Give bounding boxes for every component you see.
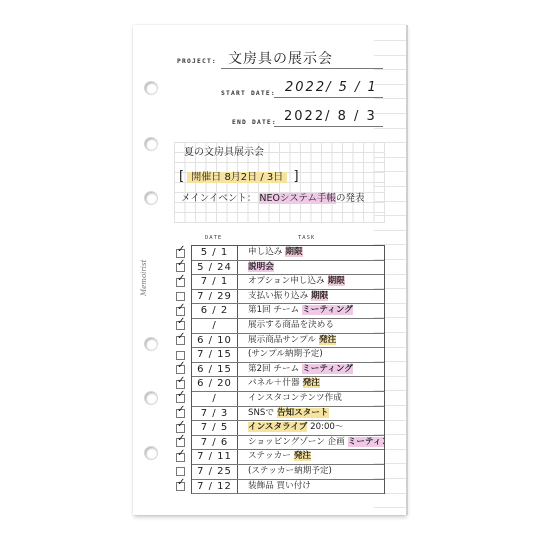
task-text[interactable]: (サンプル納期予定): [238, 348, 384, 362]
task-tag-highlight: 発注: [294, 451, 311, 461]
task-label: (サンプル納期予定): [248, 349, 323, 359]
ruled-line: [374, 84, 406, 85]
task-row: ✓7 / 6ショッピングゾーン 企画ミーティング: [192, 436, 384, 451]
task-date[interactable]: 7 / 3: [192, 407, 238, 421]
task-checkbox[interactable]: ✓: [176, 307, 185, 316]
main-event-line: メインイベント： NEOシステム手帳の発表: [181, 190, 365, 204]
task-checkbox[interactable]: ✓: [176, 278, 185, 287]
task-checkbox[interactable]: ✓: [176, 482, 185, 491]
next-page-edge: [406, 25, 408, 515]
task-row: ✓6 / 15第2回 チームミーティング: [192, 363, 384, 378]
check-icon: ✓: [177, 478, 185, 488]
task-date[interactable]: 7 / 29: [192, 290, 238, 304]
check-icon: ✓: [177, 434, 185, 444]
task-column-header: TASK: [298, 235, 315, 241]
task-text[interactable]: パネル＋什器発注: [238, 377, 384, 391]
project-value[interactable]: 文房具の展示会: [228, 48, 333, 68]
task-tag-highlight: 期限: [285, 247, 302, 257]
task-tag-highlight: 期限: [311, 291, 328, 301]
task-date[interactable]: 6 / 20: [192, 377, 238, 391]
task-label: パネル＋什器: [248, 378, 300, 388]
task-label: 申し込み: [248, 247, 282, 257]
task-date[interactable]: 7 / 11: [192, 450, 238, 464]
bracket-close: ]: [293, 169, 298, 184]
task-date[interactable]: 7 / 1: [192, 275, 238, 289]
task-row: ✓6 / 2第1回 チームミーティング: [192, 304, 384, 319]
ruled-line: [374, 230, 406, 231]
binder-hole: [144, 391, 158, 405]
task-checkbox[interactable]: ✓: [176, 409, 185, 418]
task-date[interactable]: 7 / 5: [192, 421, 238, 435]
end-date-underline: [274, 126, 383, 127]
binder-hole: [144, 337, 158, 351]
task-tag-highlight: ミーティング: [302, 305, 353, 315]
task-text[interactable]: 展示する商品を決める: [238, 319, 384, 333]
task-row: ✓/インスタコンテンツ作成: [192, 392, 384, 407]
task-label: (ステッカー納期予定): [248, 466, 332, 476]
check-icon: ✓: [177, 317, 185, 327]
check-icon: ✓: [177, 449, 185, 459]
task-label: 第2回 チーム: [248, 364, 299, 374]
note-title[interactable]: 夏の文房具展示会: [184, 143, 264, 158]
event-dates[interactable]: 開催日 8月2日 / 3日: [187, 172, 287, 183]
task-tag-highlight: ミーティング: [348, 437, 384, 447]
task-label: ステッカー: [248, 451, 291, 461]
task-date[interactable]: 6 / 10: [192, 334, 238, 348]
project-underline: [221, 68, 383, 69]
main-event-suffix: の発表: [336, 193, 365, 204]
task-text[interactable]: 第2回 チームミーティング: [238, 363, 384, 377]
task-row: ✓/展示する商品を決める: [192, 319, 384, 334]
task-row: 7 / 15(サンプル納期予定): [192, 348, 384, 363]
task-checkbox[interactable]: ✓: [176, 438, 185, 447]
task-row: 7 / 25(ステッカー納期予定): [192, 465, 384, 480]
task-tag-highlight: 説明会: [248, 262, 274, 272]
task-table: ✓5 / 1申し込み期限✓5 / 24説明会✓7 / 1オプション申し込み期限7…: [191, 245, 385, 494]
ruled-line: [374, 40, 406, 41]
task-checkbox[interactable]: ✓: [176, 336, 185, 345]
task-row: ✓6 / 20パネル＋什器発注: [192, 377, 384, 392]
task-checkbox[interactable]: ✓: [176, 263, 185, 272]
task-row: ✓5 / 24説明会: [192, 261, 384, 276]
task-date[interactable]: 7 / 6: [192, 436, 238, 450]
task-tag-highlight: 告知スタート: [277, 408, 329, 418]
task-checkbox[interactable]: [176, 467, 185, 476]
task-text[interactable]: オプション申し込み期限: [238, 275, 384, 289]
task-checkbox[interactable]: ✓: [176, 424, 185, 433]
start-date-underline: [274, 97, 383, 98]
check-icon: ✓: [177, 420, 185, 430]
task-checkbox[interactable]: ✓: [176, 249, 185, 258]
bracket-open: [: [179, 169, 184, 184]
check-icon: ✓: [177, 390, 185, 400]
ruled-line: [374, 128, 406, 129]
task-text[interactable]: 第1回 チームミーティング: [238, 304, 384, 318]
ruled-line: [374, 113, 406, 114]
check-icon: ✓: [177, 274, 185, 284]
task-row: ✓5 / 1申し込み期限: [192, 246, 384, 261]
task-tag-highlight: 発注: [303, 378, 320, 388]
task-tag-highlight: 期限: [328, 276, 345, 286]
task-label: インスタコンテンツ作成: [248, 393, 342, 403]
task-row: ✓7 / 5インスタライブ 20:00〜: [192, 421, 384, 436]
task-date[interactable]: 7 / 25: [192, 465, 238, 479]
task-text[interactable]: SNSで告知スタート: [238, 407, 384, 421]
ruled-line: [374, 55, 406, 56]
check-icon: ✓: [177, 259, 185, 269]
end-date-label: END DATE:: [232, 119, 277, 126]
task-row: ✓7 / 12装飾品 買い付け: [192, 480, 384, 495]
task-date[interactable]: 6 / 2: [192, 304, 238, 318]
task-tag-highlight: ミーティング: [302, 364, 353, 374]
task-row: ✓6 / 10展示商品サンプル発注: [192, 334, 384, 349]
task-tag-highlight: 発注: [319, 335, 336, 345]
ruled-line: [374, 98, 406, 99]
event-dates-line: [ 開催日 8月2日 / 3日 ]: [179, 168, 299, 184]
task-label: オプション申し込み: [248, 276, 325, 286]
brand-logo: Memoirist: [140, 260, 148, 296]
task-text[interactable]: 装飾品 買い付け: [238, 480, 384, 494]
task-label: 展示する商品を決める: [248, 320, 334, 330]
binder-hole: [144, 191, 158, 205]
start-date-value[interactable]: 2022/ 5 / 1: [285, 80, 378, 95]
task-label: 展示商品サンプル: [248, 335, 316, 345]
check-icon: ✓: [177, 303, 185, 313]
task-row: 7 / 29支払い振り込み期限: [192, 290, 384, 305]
task-tag-highlight: インスタライブ: [248, 422, 307, 432]
check-icon: ✓: [177, 405, 185, 415]
task-checkbox[interactable]: ✓: [176, 321, 185, 330]
check-icon: ✓: [177, 361, 185, 371]
task-date[interactable]: /: [192, 319, 238, 333]
task-suffix: 20:00〜: [307, 422, 343, 432]
task-label: 装飾品 買い付け: [248, 481, 311, 491]
task-label: ショッピングゾーン 企画: [248, 437, 345, 447]
main-event-value[interactable]: NEOシステム手帳: [259, 193, 336, 204]
task-row: ✓7 / 11ステッカー発注: [192, 450, 384, 465]
ruled-line: [374, 507, 406, 508]
check-icon: ✓: [177, 245, 185, 255]
task-date[interactable]: 7 / 12: [192, 480, 238, 494]
task-checkbox[interactable]: ✓: [176, 394, 185, 403]
task-text[interactable]: 申し込み期限: [238, 246, 384, 260]
main-event-label: メインイベント：: [181, 193, 256, 204]
task-label: SNSで: [248, 408, 274, 418]
task-checkbox[interactable]: ✓: [176, 380, 185, 389]
task-date[interactable]: 7 / 15: [192, 348, 238, 362]
binder-hole: [144, 137, 158, 151]
end-date-value[interactable]: 2022/ 8 / 3: [284, 109, 377, 124]
task-text[interactable]: (ステッカー納期予定): [238, 465, 384, 479]
task-date[interactable]: 6 / 15: [192, 363, 238, 377]
task-row: ✓7 / 1オプション申し込み期限: [192, 275, 384, 290]
task-text[interactable]: 説明会: [238, 261, 384, 275]
check-icon: ✓: [177, 332, 185, 342]
task-date[interactable]: /: [192, 392, 238, 406]
task-text[interactable]: 展示商品サンプル発注: [238, 334, 384, 348]
task-text[interactable]: ステッカー発注: [238, 450, 384, 464]
task-text[interactable]: ショッピングゾーン 企画ミーティング: [238, 436, 384, 450]
task-date[interactable]: 5 / 24: [192, 261, 238, 275]
task-date[interactable]: 5 / 1: [192, 246, 238, 260]
task-text[interactable]: インスタライブ 20:00〜: [238, 421, 384, 435]
ruled-line: [374, 69, 406, 70]
task-checkbox[interactable]: [176, 351, 185, 360]
task-checkbox[interactable]: ✓: [176, 365, 185, 374]
check-icon: ✓: [177, 376, 185, 386]
task-checkbox[interactable]: [176, 292, 185, 301]
task-text[interactable]: インスタコンテンツ作成: [238, 392, 384, 406]
date-column-header: DATE: [205, 235, 222, 241]
task-label: 第1回 チーム: [248, 305, 299, 315]
project-label: PROJECT:: [177, 58, 217, 65]
task-text[interactable]: 支払い振り込み期限: [238, 290, 384, 304]
task-row: ✓7 / 3SNSで告知スタート: [192, 407, 384, 422]
task-label: 支払い振り込み: [248, 291, 308, 301]
binder-hole: [144, 446, 158, 460]
binder-hole: [144, 81, 158, 95]
task-checkbox[interactable]: ✓: [176, 453, 185, 462]
start-date-label: START DATE:: [221, 90, 276, 97]
